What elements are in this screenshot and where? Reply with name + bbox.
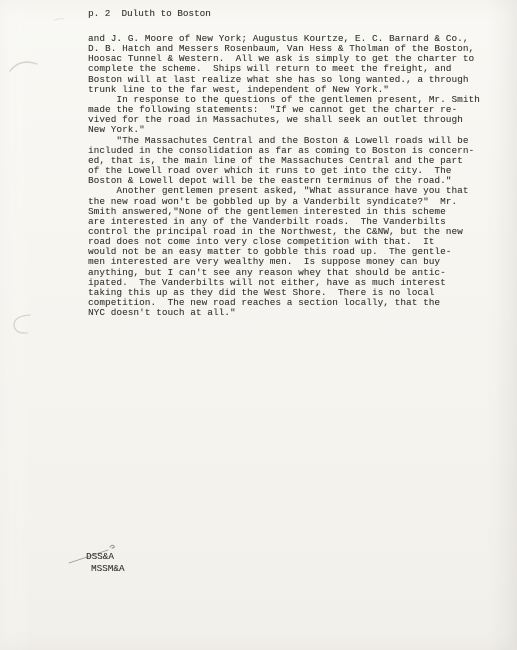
text-line: Another gentlemen present asked, "What a…: [88, 186, 480, 196]
paragraph-consolidation: "The Massachutes Central and the Boston …: [88, 136, 480, 187]
scanned-typewritten-page: p. 2 Duluth to Boston and J. G. Moore of…: [0, 0, 517, 650]
text-line: vived for the road in Massachutes, we sh…: [88, 115, 480, 125]
paper-crease-mark-middle: [14, 315, 30, 333]
pencil-tick-mark: [110, 545, 114, 548]
paper-speck-top: [55, 19, 64, 20]
page-header: p. 2 Duluth to Boston: [88, 8, 211, 19]
paragraph-smith-response: In response to the questions of the gent…: [88, 95, 480, 136]
stamp-line-mssma: MSSM&A: [91, 563, 124, 575]
document-body: and J. G. Moore of New York; Augustus Ko…: [88, 34, 480, 318]
paper-crease-mark-top: [10, 62, 37, 71]
paragraph-vanderbilt-question: Another gentlemen present asked, "What a…: [88, 186, 480, 318]
paragraph-continued-charter: and J. G. Moore of New York; Augustus Ko…: [88, 34, 480, 95]
railroad-abbreviation-stamp: DSS&A MSSM&A: [86, 551, 124, 574]
stamp-line-dssa: DSS&A: [86, 551, 124, 563]
text-line: NYC doesn't touch at all.": [88, 308, 480, 318]
